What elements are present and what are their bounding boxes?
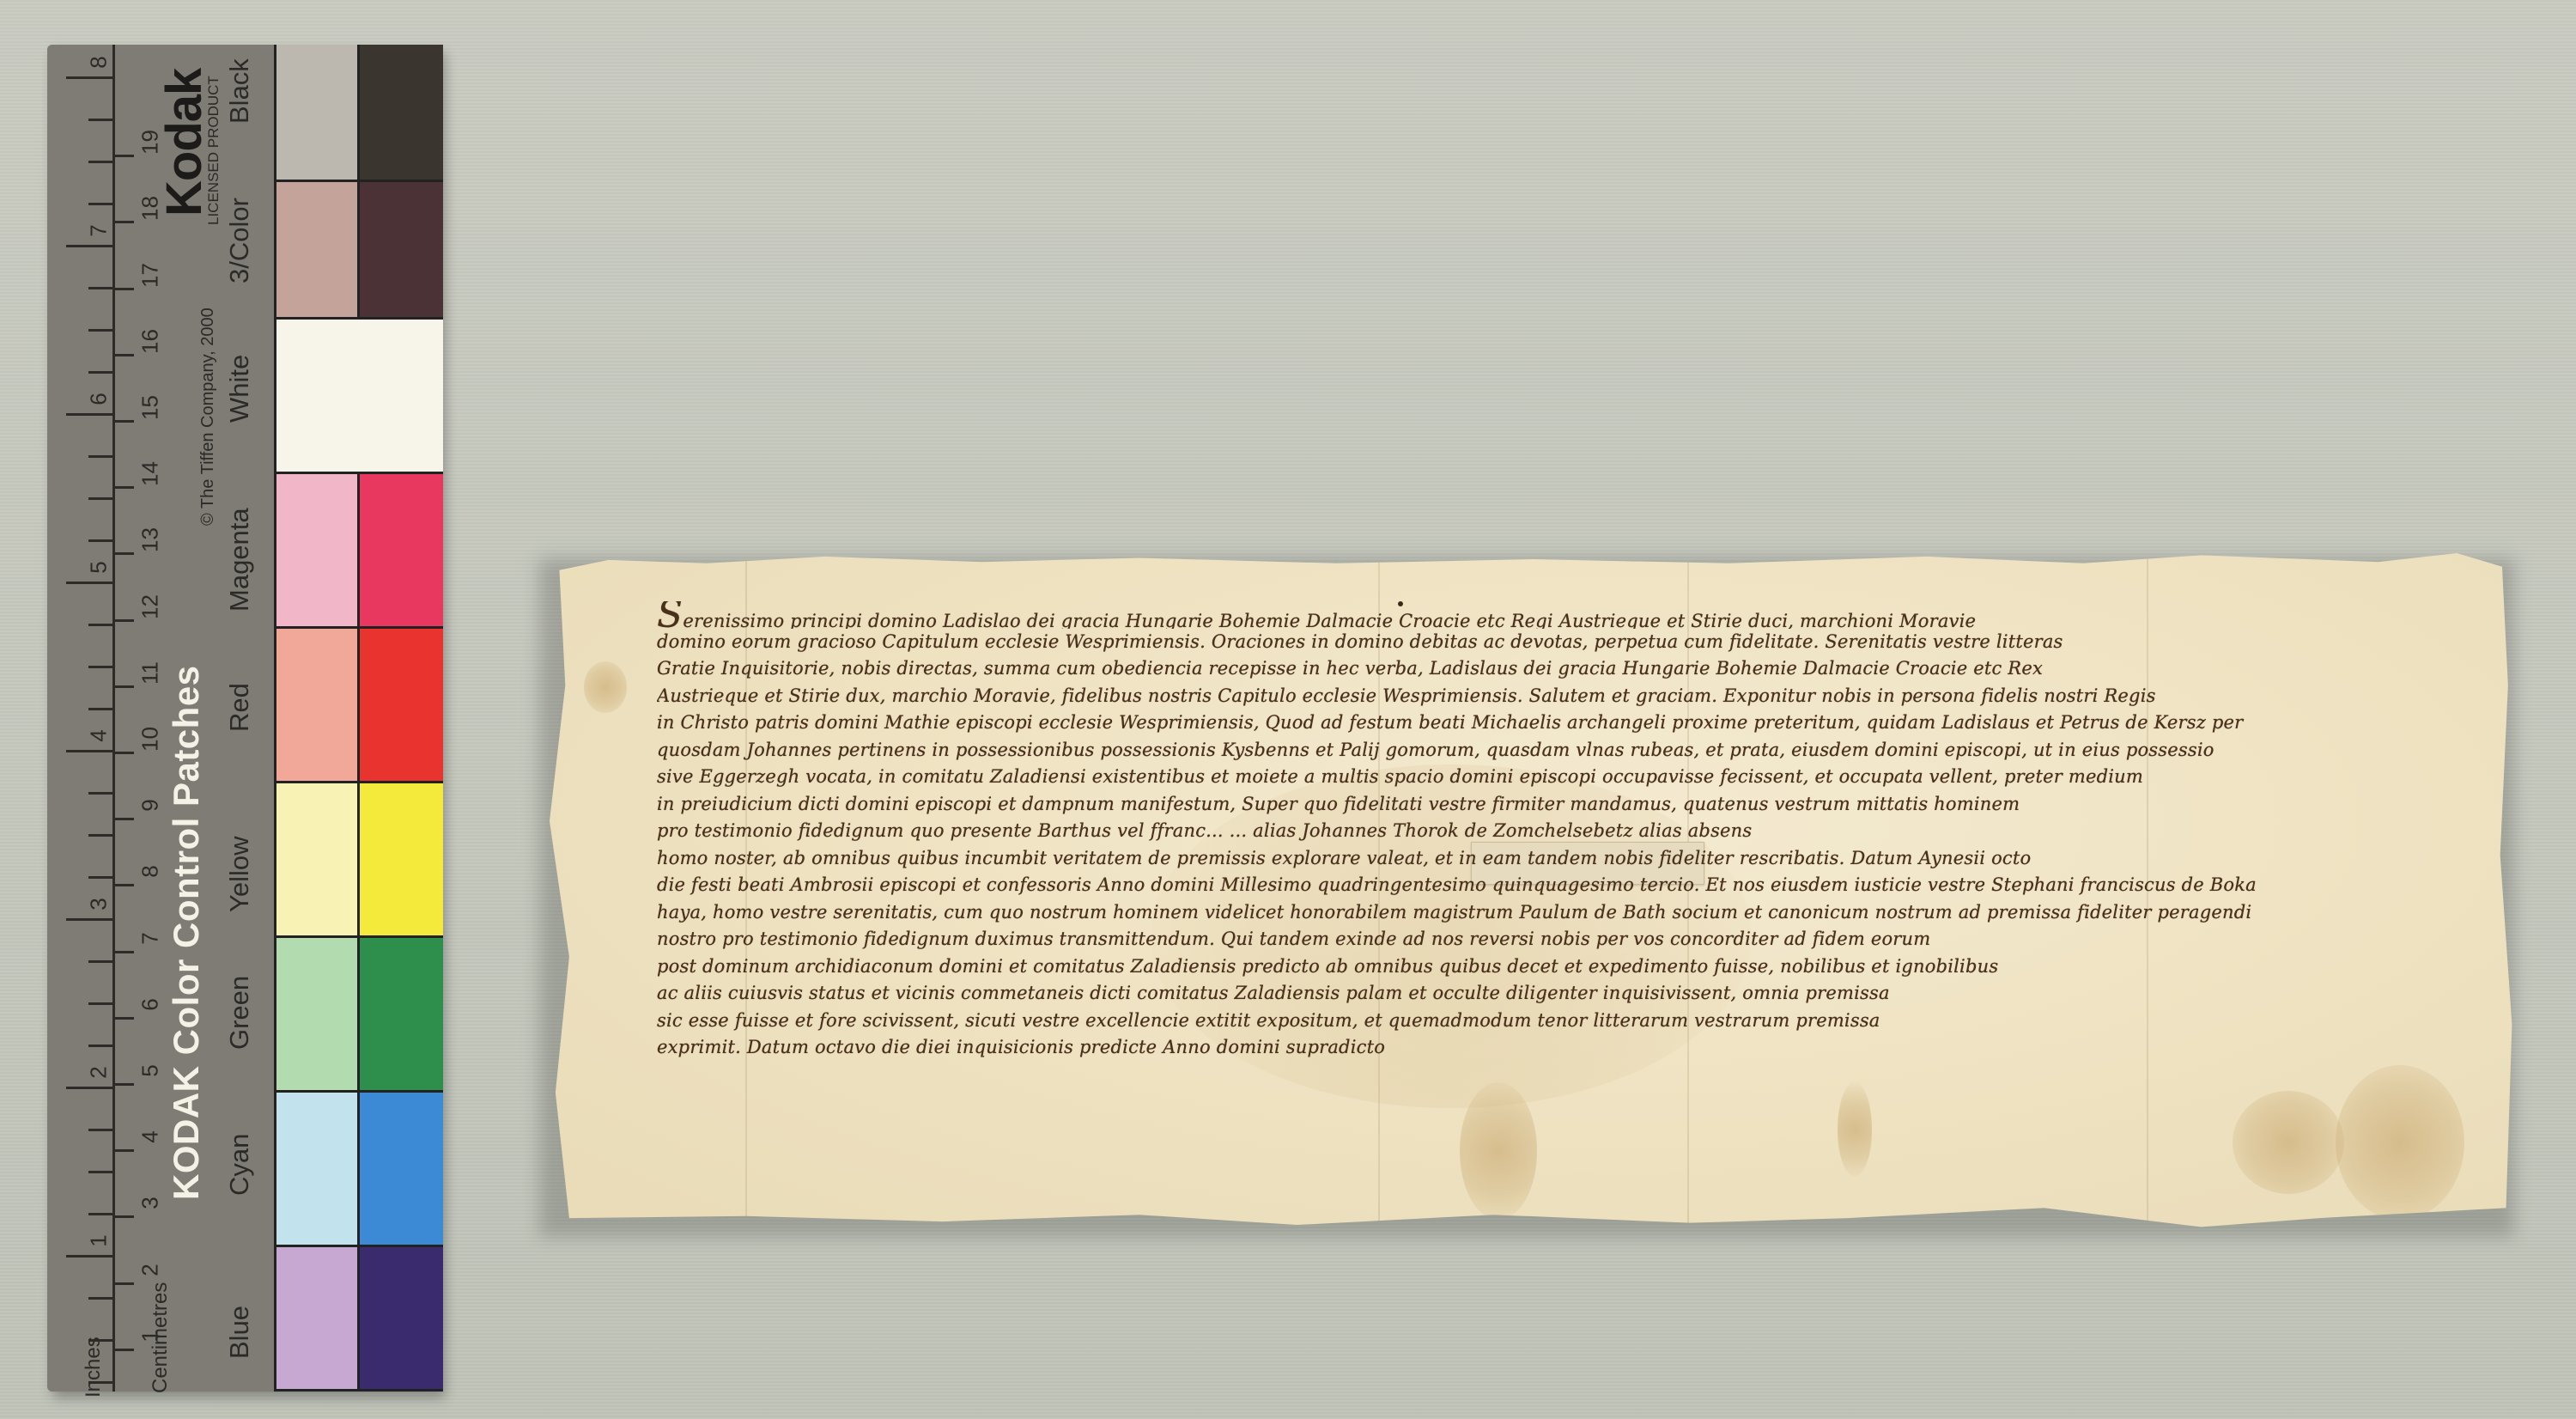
manuscript-line: quosdam Johannes pertinens in possession… bbox=[657, 737, 2451, 764]
patch-row-3-color bbox=[276, 182, 443, 320]
cm-tick-label: 15 bbox=[137, 391, 164, 425]
stain bbox=[2233, 1091, 2344, 1194]
patch-dark bbox=[360, 45, 443, 180]
patch-dark bbox=[360, 1093, 443, 1245]
label-black: Black bbox=[224, 58, 255, 124]
manuscript-line: homo noster, ab omnibus quibus incumbit … bbox=[657, 845, 2451, 873]
cm-tick bbox=[115, 884, 134, 886]
cm-tick bbox=[115, 818, 134, 820]
patch-row-cyan bbox=[276, 1093, 443, 1247]
patch-dark bbox=[360, 783, 443, 935]
cm-tick-label: 9 bbox=[137, 789, 164, 823]
inch-subtick bbox=[88, 1002, 115, 1005]
manuscript-line: haya, homo vestre serenitatis, cum quo n… bbox=[657, 899, 2451, 927]
manuscript-line: exprimit. Datum octavo die diei inquisic… bbox=[657, 1034, 1601, 1062]
cm-tick bbox=[115, 1282, 134, 1285]
patch-dark bbox=[360, 629, 443, 781]
cm-tick-label: 16 bbox=[137, 324, 164, 358]
inch-subtick bbox=[88, 960, 115, 963]
inch-subtick bbox=[88, 792, 115, 795]
cm-tick bbox=[115, 155, 134, 157]
label-red: Red bbox=[224, 683, 255, 732]
manuscript-text: Serenissimo principi domino Ladislao dei… bbox=[657, 601, 2451, 1062]
cm-tick bbox=[115, 354, 134, 356]
cm-tick bbox=[115, 685, 134, 688]
inch-tick-label: 5 bbox=[86, 551, 112, 585]
patch-dark bbox=[360, 474, 443, 626]
label-blue: Blue bbox=[224, 1306, 255, 1359]
inch-tick-label: 1 bbox=[86, 1224, 112, 1258]
manuscript-line: pro testimonio fidedignum quo presente B… bbox=[657, 818, 2451, 845]
patch-row-black bbox=[276, 45, 443, 182]
patch-light bbox=[276, 629, 360, 781]
label-green: Green bbox=[224, 976, 255, 1050]
label-magenta: Magenta bbox=[224, 508, 255, 612]
cm-tick-label: 3 bbox=[137, 1186, 164, 1221]
inch-subtick bbox=[88, 1044, 115, 1047]
patch-light bbox=[276, 474, 360, 626]
cm-tick bbox=[115, 619, 134, 622]
copyright-text: © The Tiffen Company, 2000 bbox=[198, 308, 218, 526]
patch-row-white bbox=[276, 320, 443, 474]
manuscript-line: in Christo patris domini Mathie episcopi… bbox=[657, 709, 2451, 737]
label-yellow: Yellow bbox=[224, 837, 255, 912]
patch-light bbox=[276, 182, 360, 317]
inch-subtick bbox=[88, 497, 115, 500]
cm-tick bbox=[115, 1149, 134, 1152]
inch-subtick bbox=[88, 539, 115, 542]
cm-tick bbox=[115, 1349, 134, 1351]
label-white: White bbox=[224, 355, 255, 423]
patch-row-magenta bbox=[276, 474, 443, 629]
cm-tick-label: 5 bbox=[137, 1054, 164, 1088]
manuscript-line: Gratie Inquisitorie, nobis directas, sum… bbox=[657, 655, 2451, 683]
inch-tick-label: 2 bbox=[86, 1056, 112, 1090]
manuscript-line: die festi beati Ambrosii episcopi et con… bbox=[657, 872, 2451, 899]
cm-tick-label: 6 bbox=[137, 987, 164, 1021]
patch-light bbox=[276, 45, 360, 180]
label-cyan: Cyan bbox=[224, 1134, 255, 1196]
inch-subtick bbox=[88, 119, 115, 121]
manuscript-line: in preiudicium dicti domini episcopi et … bbox=[657, 791, 2451, 819]
inch-subtick bbox=[88, 876, 115, 879]
color-patches bbox=[274, 45, 443, 1392]
stain bbox=[2336, 1065, 2464, 1220]
patch-dark bbox=[360, 182, 443, 317]
strip-title: KODAK Color Control Patches bbox=[166, 665, 207, 1200]
inch-subtick bbox=[88, 1297, 115, 1300]
inch-subtick bbox=[88, 708, 115, 710]
manuscript-line: nostro pro testimonio fidedignum duximus… bbox=[657, 926, 2451, 953]
cm-tick bbox=[115, 752, 134, 754]
inch-tick-label: 3 bbox=[86, 887, 112, 922]
inches-label: Inches bbox=[82, 1337, 106, 1398]
cm-tick-label: 14 bbox=[137, 457, 164, 491]
inch-tick-label: 8 bbox=[86, 46, 112, 80]
manuscript-line: Austrieque et Stirie dux, marchio Moravi… bbox=[657, 683, 2451, 710]
patch-row-red bbox=[276, 629, 443, 783]
ruler: 1234567891011121314151617181912345678 In… bbox=[47, 45, 275, 1392]
manuscript-line: post dominum archidiaconum domini et com… bbox=[657, 953, 2451, 981]
cm-tick bbox=[115, 1083, 134, 1086]
inch-subtick bbox=[88, 1171, 115, 1173]
cm-tick bbox=[115, 552, 134, 555]
centimetres-label: Centimetres bbox=[149, 1282, 173, 1393]
inch-subtick bbox=[88, 1213, 115, 1215]
inch-subtick bbox=[88, 455, 115, 458]
manuscript-line: ac aliis cuiusvis status et vicinis comm… bbox=[657, 980, 2451, 1008]
cm-tick bbox=[115, 288, 134, 290]
inch-subtick bbox=[88, 287, 115, 289]
manuscript-line: Serenissimo principi domino Ladislao dei… bbox=[657, 601, 2451, 629]
patch-dark bbox=[360, 938, 443, 1090]
cm-tick bbox=[115, 221, 134, 223]
inch-subtick bbox=[88, 371, 115, 374]
cm-tick bbox=[115, 951, 134, 953]
manuscript-line: sive Eggerzegh vocata, in comitatu Zalad… bbox=[657, 764, 2451, 791]
inch-subtick bbox=[88, 203, 115, 205]
stain bbox=[1838, 1082, 1872, 1177]
cm-tick-label: 13 bbox=[137, 523, 164, 557]
cm-tick-label: 17 bbox=[137, 258, 164, 292]
kodak-logo: Kodak bbox=[155, 69, 213, 216]
inch-subtick bbox=[88, 1129, 115, 1131]
patch-row-green bbox=[276, 938, 443, 1093]
label-3color: 3/Color bbox=[224, 198, 255, 283]
cm-tick-label: 8 bbox=[137, 855, 164, 889]
patch-light bbox=[276, 783, 360, 935]
patch-light bbox=[276, 1093, 360, 1245]
inch-subtick bbox=[88, 834, 115, 837]
inch-subtick bbox=[88, 161, 115, 163]
inch-subtick bbox=[88, 624, 115, 626]
cm-tick bbox=[115, 420, 134, 423]
cm-tick-label: 4 bbox=[137, 1120, 164, 1154]
patch-row-yellow bbox=[276, 783, 443, 938]
manuscript-line: domino eorum gracioso Capitulum ecclesie… bbox=[657, 629, 2451, 656]
inch-tick-label: 7 bbox=[86, 214, 112, 248]
patch-white bbox=[276, 320, 443, 472]
cm-tick bbox=[115, 1215, 134, 1218]
patch-light bbox=[276, 1247, 360, 1389]
stain bbox=[584, 661, 627, 713]
patch-dark bbox=[360, 1247, 443, 1389]
patch-row-blue bbox=[276, 1247, 443, 1392]
cm-tick bbox=[115, 486, 134, 489]
kodak-color-control-strip: 1234567891011121314151617181912345678 In… bbox=[47, 45, 440, 1392]
patch-light bbox=[276, 938, 360, 1090]
manuscript-line: sic esse fuisse et fore scivissent, sicu… bbox=[657, 1008, 2417, 1035]
cm-tick-label: 11 bbox=[137, 655, 164, 690]
licensed-product-text: LICENSED PRODUCT bbox=[205, 76, 222, 225]
inch-tick-label: 4 bbox=[86, 719, 112, 753]
inch-tick-label: 6 bbox=[86, 382, 112, 417]
cm-tick bbox=[115, 1017, 134, 1020]
cm-tick-label: 12 bbox=[137, 589, 164, 624]
cm-tick-label: 10 bbox=[137, 722, 164, 757]
cm-tick-label: 7 bbox=[137, 921, 164, 955]
inch-subtick bbox=[88, 329, 115, 332]
inch-subtick bbox=[88, 666, 115, 668]
